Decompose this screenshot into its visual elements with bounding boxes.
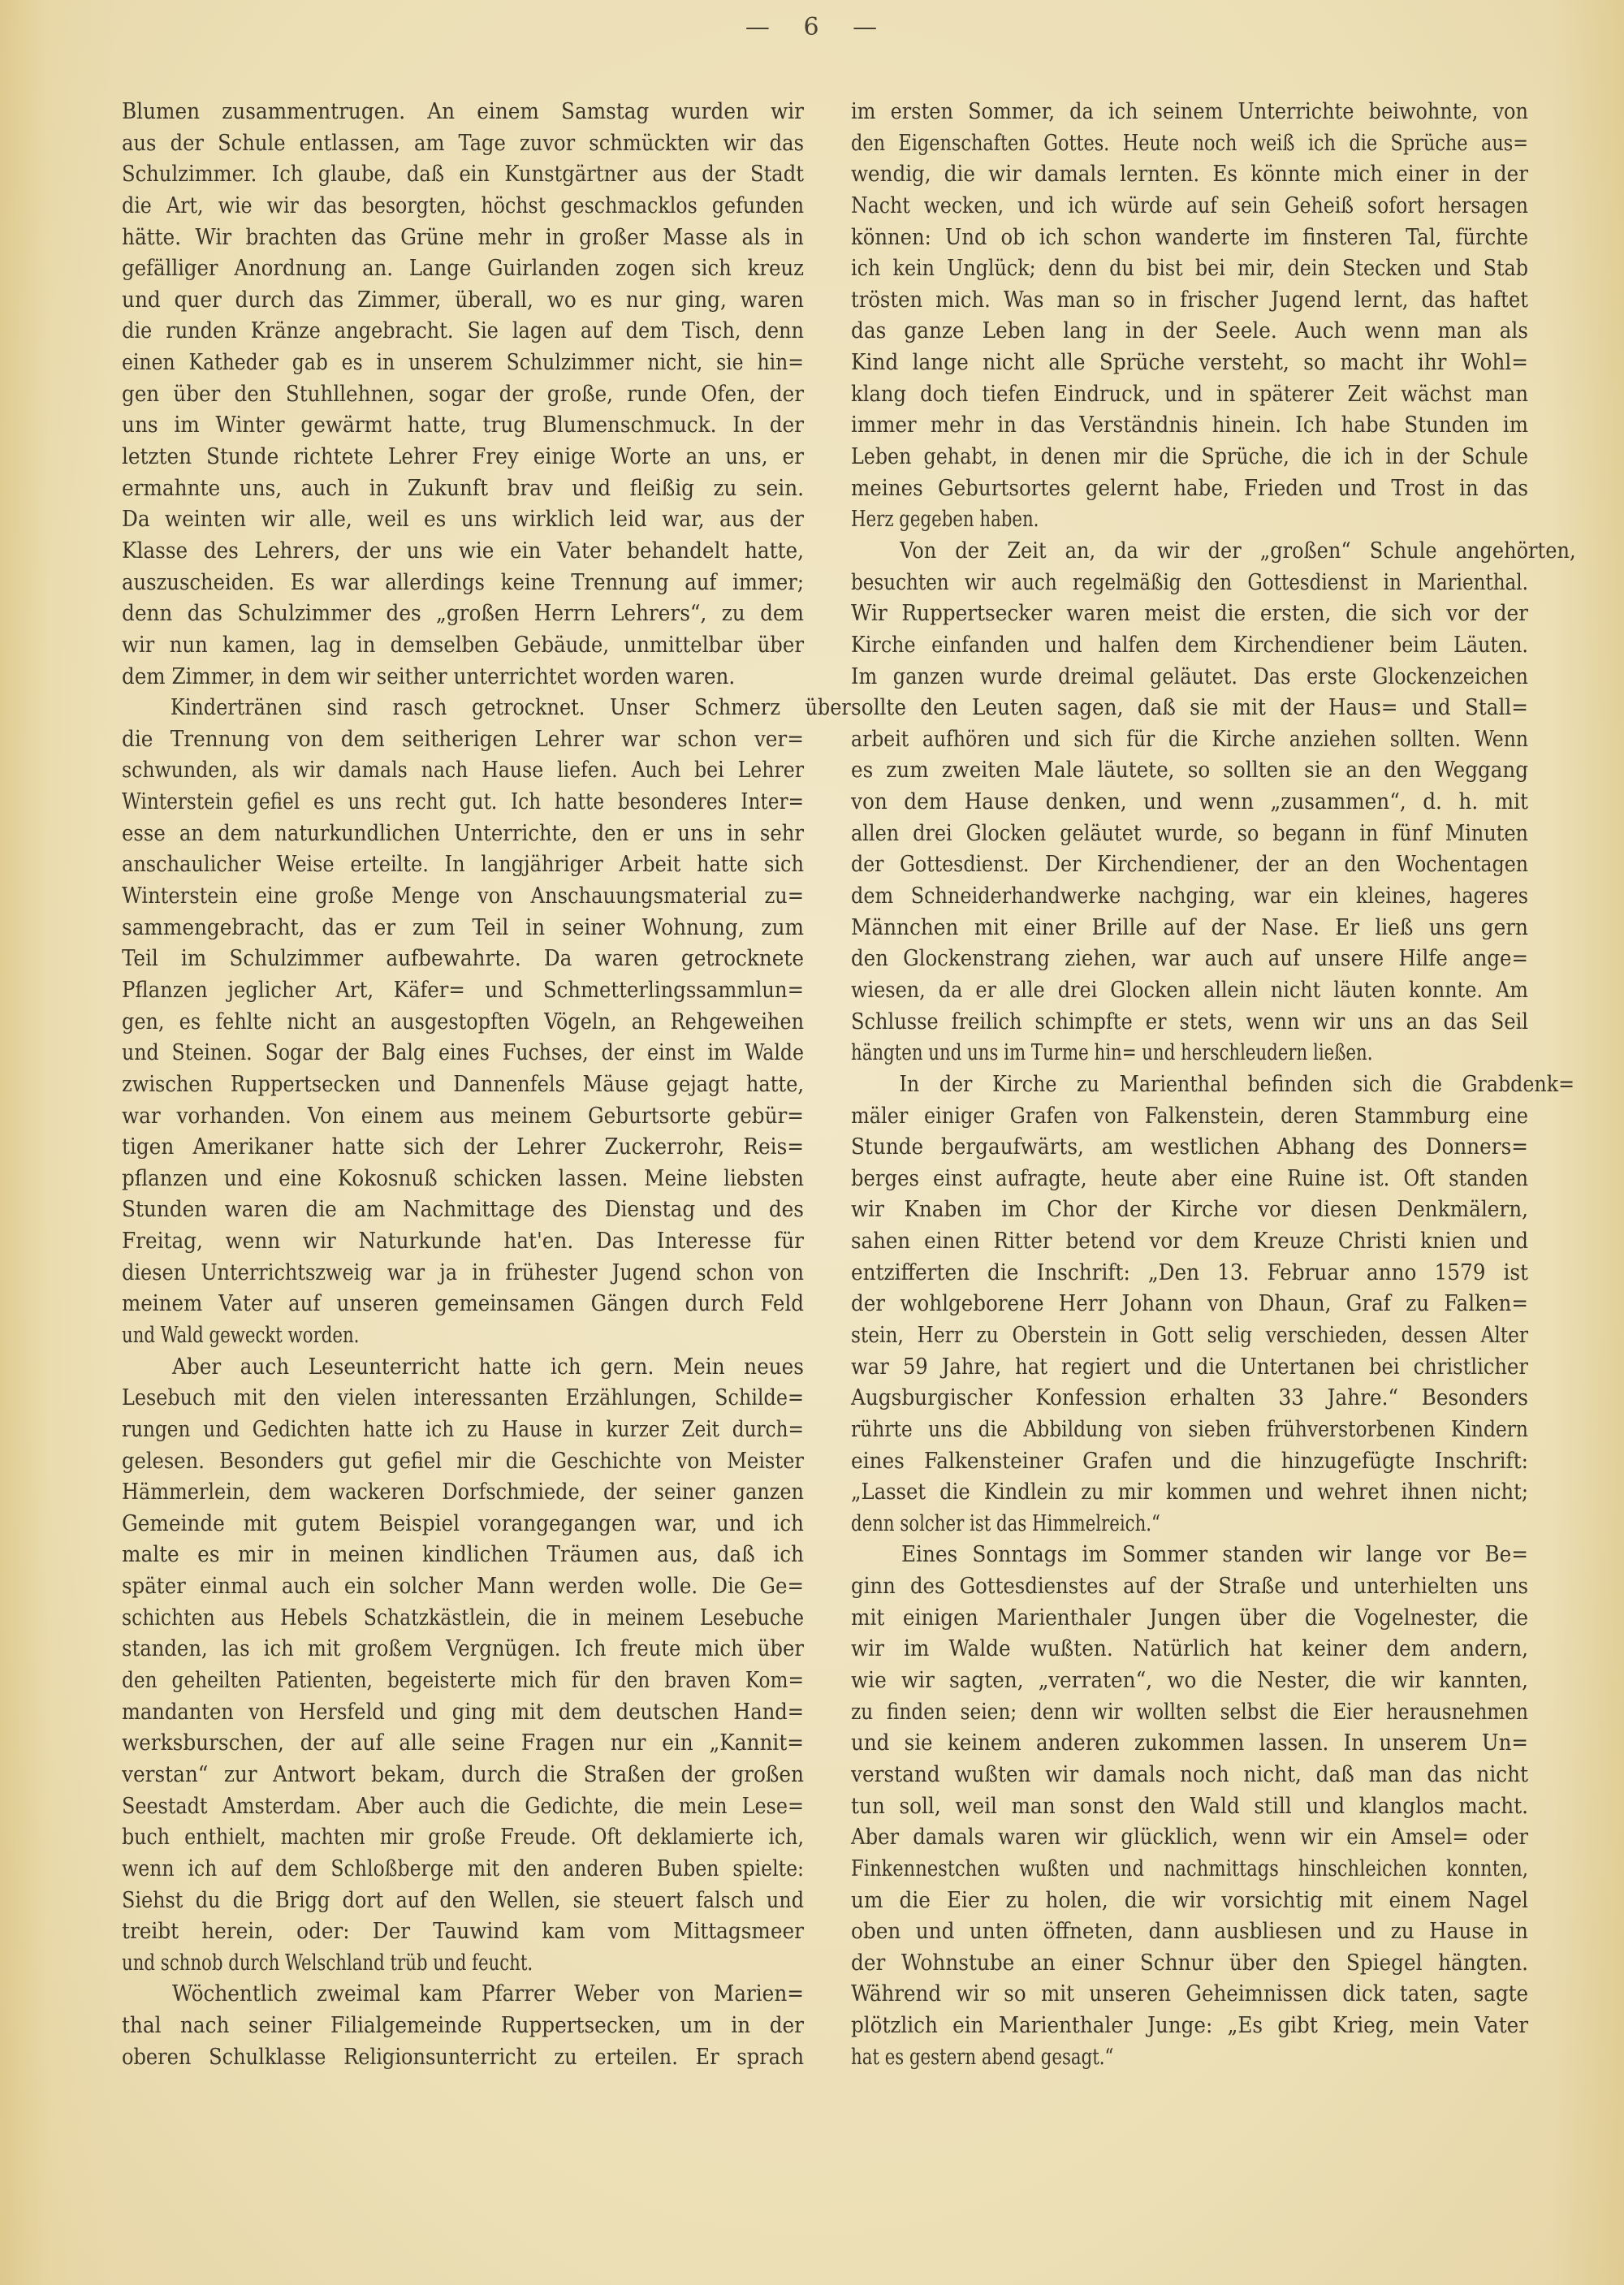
text-line: um die Eier zu holen, die wir vorsichtig… [851, 1885, 1528, 1916]
text-line: wir nun kamen, lag in demselben Gebäude,… [122, 629, 804, 661]
text-line: den Eigenschaften Gottes. Heute noch wei… [851, 127, 1528, 159]
text-line: Stunden waren die am Nachmittage des Die… [122, 1194, 804, 1225]
text-line: Blumen zusammentrugen. An einem Samstag … [122, 96, 804, 127]
text-line: wir Knaben im Chor der Kirche vor diesen… [851, 1194, 1528, 1225]
text-line: wie wir sagten, „verraten“, wo die Neste… [851, 1665, 1528, 1696]
text-line: anschaulicher Weise erteilte. In langjäh… [122, 849, 804, 880]
text-line: gelesen. Besonders gut gefiel mir die Ge… [122, 1445, 804, 1477]
text-line: gen über den Stuhllehnen, sogar der groß… [122, 378, 804, 410]
book-page: — 6 — Blumen zusammentrugen. An einem Sa… [0, 0, 1624, 2285]
left-text-column: Blumen zusammentrugen. An einem Samstag … [122, 96, 804, 2072]
text-line: hat es gestern abend gesagt.“ [851, 2041, 1190, 2073]
text-line: standen, las ich mit großem Vergnügen. I… [122, 1633, 804, 1665]
text-line: entzifferten die Inschrift: „Den 13. Feb… [851, 1257, 1528, 1289]
text-line: und quer durch das Zimmer, überall, wo e… [122, 284, 804, 316]
text-line: Teil im Schulzimmer aufbewahrte. Da ware… [122, 943, 804, 974]
text-line: Klasse des Lehrers, der uns wie ein Vate… [122, 535, 804, 567]
text-line: verstand wußten wir damals noch nicht, d… [851, 1759, 1528, 1790]
text-line: wenn ich auf dem Schloßberge mit den and… [122, 1853, 804, 1885]
text-line: die Art, wie wir das besorgten, höchst g… [122, 190, 804, 222]
text-line: „Lasset die Kindlein zu mir kommen und w… [851, 1476, 1528, 1508]
text-line: Hämmerlein, dem wackeren Dorfschmiede, d… [122, 1476, 804, 1508]
text-line: wendig, die wir damals lernten. Es könnt… [851, 158, 1528, 190]
text-line: die Trennung von dem seitherigen Lehrer … [122, 724, 804, 755]
text-line: berges einst aufragte, heute aber eine R… [851, 1163, 1528, 1194]
text-line: mäler einiger Grafen von Falkenstein, de… [851, 1100, 1528, 1132]
text-line: Freitag, wenn wir Naturkunde hat'en. Das… [122, 1225, 804, 1257]
text-line: die runden Kränze angebracht. Sie lagen … [122, 315, 804, 347]
text-line: mandanten von Hersfeld und ging mit dem … [122, 1696, 804, 1728]
text-line: ich kein Unglück; denn du bist bei mir, … [851, 253, 1528, 284]
text-line: es zum zweiten Male läutete, so sollten … [851, 754, 1528, 786]
text-line: Nacht wecken, und ich würde auf sein Geh… [851, 190, 1528, 222]
text-line: schichten aus Hebels Schatzkästlein, die… [122, 1602, 804, 1634]
text-line: eines Falkensteiner Grafen und die hinzu… [851, 1445, 1528, 1477]
text-line: Lesebuch mit den vielen interessanten Er… [122, 1382, 804, 1414]
text-line: einen Katheder gab es in unserem Schulzi… [122, 347, 804, 378]
page-header: — 6 — [0, 13, 1624, 41]
text-line: wir im Walde wußten. Natürlich hat keine… [851, 1633, 1528, 1665]
text-line: Leben gehabt, in denen mir die Sprüche, … [851, 441, 1528, 473]
text-line: später einmal auch ein solcher Mann werd… [122, 1570, 804, 1602]
text-line: Kirche einfanden und halfen dem Kirchend… [851, 629, 1528, 661]
text-line: sollte den Leuten sagen, daß sie mit der… [851, 692, 1528, 724]
text-line: verstan“ zur Antwort bekam, durch die St… [122, 1759, 804, 1790]
text-line: Winterstein eine große Menge von Anschau… [122, 880, 804, 912]
text-line: Schulzimmer. Ich glaube, daß ein Kunstgä… [122, 158, 804, 190]
text-line: meines Geburtsortes gelernt habe, Friede… [851, 473, 1528, 504]
text-line: das ganze Leben lang in der Seele. Auch … [851, 315, 1528, 347]
text-line: von dem Hause denken, und wenn „zusammen… [851, 786, 1528, 818]
text-line: Herz gegeben haben. [851, 503, 1094, 535]
text-line: und schnob durch Welschland trüb und feu… [122, 1947, 654, 1979]
text-line: dem Zimmer, in dem wir seither unterrich… [122, 661, 804, 693]
text-line: plötzlich ein Marienthaler Junge: „Es gi… [851, 2010, 1528, 2041]
text-line: werksburschen, der auf alle seine Fragen… [122, 1727, 804, 1759]
text-line: hätte. Wir brachten das Grüne mehr in gr… [122, 222, 804, 253]
text-line: den geheilten Patienten, begeisterte mic… [122, 1665, 804, 1696]
paragraph-first-line: In der Kirche zu Marienthal befinden sic… [851, 1069, 1574, 1100]
text-line: oben und unten öffneten, dann ausbliesen… [851, 1916, 1528, 1947]
text-line: malte es mir in meinen kindlichen Träume… [122, 1539, 804, 1570]
text-line: Gemeinde mit gutem Beispiel vorangegange… [122, 1508, 804, 1540]
text-line: können: Und ob ich schon wanderte im fin… [851, 222, 1528, 253]
text-line: Winterstein gefiel es uns recht gut. Ich… [122, 786, 804, 818]
text-line: gefälliger Anordnung an. Lange Guirlande… [122, 253, 804, 284]
text-line: dem Schneiderhandwerke nachging, war ein… [851, 880, 1528, 912]
text-line: allen drei Glocken geläutet wurde, so be… [851, 818, 1528, 849]
text-line: diesen Unterrichtszweig war ja in frühes… [122, 1257, 804, 1289]
text-line: Pflanzen jeglicher Art, Käfer= und Schme… [122, 974, 804, 1006]
text-line: immer mehr in das Verständnis hinein. Ic… [851, 409, 1528, 441]
text-line: aus der Schule entlassen, am Tage zuvor … [122, 127, 804, 159]
text-line: pflanzen und eine Kokosnuß schicken lass… [122, 1163, 804, 1194]
text-line: rührte uns die Abbildung von sieben früh… [851, 1414, 1528, 1445]
text-line: denn solcher ist das Himmelreich.“ [851, 1508, 1250, 1540]
text-line: Finkennestchen wußten und nachmittags hi… [851, 1853, 1528, 1885]
text-line: thal nach seiner Filialgemeinde Rupperts… [122, 2010, 804, 2041]
text-line: und Steinen. Sogar der Balg eines Fuchse… [122, 1037, 804, 1069]
paragraph-first-line: Eines Sonntags im Sommer standen wir lan… [851, 1539, 1528, 1570]
text-line: der Wohnstube an einer Schnur über den S… [851, 1947, 1528, 1979]
text-line: gen, es fehlte nicht an ausgestopften Vö… [122, 1006, 804, 1038]
text-line: Während wir so mit unseren Geheimnissen … [851, 1978, 1528, 2010]
text-line: Aber damals waren wir glücklich, wenn wi… [851, 1821, 1528, 1853]
paragraph-first-line: Wöchentlich zweimal kam Pfarrer Weber vo… [122, 1978, 804, 2010]
page-number: 6 [803, 13, 820, 41]
text-line: sammengebracht, das er zum Teil in seine… [122, 912, 804, 944]
paragraph-first-line: Von der Zeit an, da wir der „großen“ Sch… [851, 535, 1576, 567]
text-line: den Glockenstrang ziehen, war auch auf u… [851, 943, 1528, 974]
text-line: hängten und uns im Turme hin= und hersch… [851, 1037, 1525, 1069]
text-line: mit einigen Marienthaler Jungen über die… [851, 1602, 1528, 1634]
paragraph-first-line: Kindertränen sind rasch getrocknet. Unse… [122, 692, 851, 724]
text-line: Schlusse freilich schimpfte er stets, we… [851, 1006, 1528, 1038]
text-line: Augsburgischer Konfession erhalten 33 Ja… [851, 1382, 1528, 1414]
text-line: Stunde bergaufwärts, am westlichen Abhan… [851, 1131, 1528, 1163]
text-line: esse an dem naturkundlichen Unterrichte,… [122, 818, 804, 849]
text-line: sahen einen Ritter betend vor dem Kreuze… [851, 1225, 1528, 1257]
text-line: der wohlgeborene Herr Johann von Dhaun, … [851, 1288, 1528, 1320]
text-line: im ersten Sommer, da ich seinem Unterric… [851, 96, 1528, 127]
text-line: letzten Stunde richtete Lehrer Frey eini… [122, 441, 804, 473]
header-dash-right: — [853, 13, 879, 41]
header-dash-left: — [745, 13, 771, 41]
text-line: wiesen, da er alle drei Glocken allein n… [851, 974, 1528, 1006]
text-line: buch enthielt, machten mir große Freude.… [122, 1821, 804, 1853]
text-line: Kind lange nicht alle Sprüche versteht, … [851, 347, 1528, 378]
text-line: meinem Vater auf unseren gemeinsamen Gän… [122, 1288, 804, 1320]
text-line: schwunden, als wir damals nach Hause lie… [122, 754, 804, 786]
text-line: Da weinten wir alle, weil es uns wirklic… [122, 503, 804, 535]
text-line: ginn des Gottesdienstes auf der Straße u… [851, 1570, 1528, 1602]
text-line: Männchen mit einer Brille auf der Nase. … [851, 912, 1528, 944]
text-line: klang doch tiefen Eindruck, und in späte… [851, 378, 1528, 410]
text-line: war vorhanden. Von einem aus meinem Gebu… [122, 1100, 804, 1132]
text-line: auszuscheiden. Es war allerdings keine T… [122, 567, 804, 598]
text-line: zwischen Ruppertsecken und Dannenfels Mä… [122, 1069, 804, 1100]
text-line: ermahnte uns, auch in Zukunft brav und f… [122, 473, 804, 504]
text-line: Wir Ruppertsecker waren meist die ersten… [851, 598, 1528, 629]
text-line: treibt herein, oder: Der Tauwind kam vom… [122, 1916, 804, 1947]
text-line: stein, Herr zu Oberstein in Gott selig v… [851, 1320, 1528, 1351]
text-line: und Wald geweckt worden. [122, 1320, 429, 1351]
paragraph-first-line: Aber auch Leseunterricht hatte ich gern.… [122, 1351, 804, 1383]
text-line: oberen Schulklasse Religionsunterricht z… [122, 2041, 804, 2073]
text-line: besuchten wir auch regelmäßig den Gottes… [851, 567, 1528, 598]
text-line: war 59 Jahre, hat regiert und die Untert… [851, 1351, 1528, 1383]
text-line: uns im Winter gewärmt hatte, trug Blumen… [122, 409, 804, 441]
text-line: tun soll, weil man sonst den Wald still … [851, 1790, 1528, 1822]
text-line: Im ganzen wurde dreimal geläutet. Das er… [851, 661, 1528, 693]
text-line: tigen Amerikaner hatte sich der Lehrer Z… [122, 1131, 804, 1163]
right-text-column: im ersten Sommer, da ich seinem Unterric… [851, 96, 1528, 2072]
text-line: und sie keinem anderen zukommen lassen. … [851, 1727, 1528, 1759]
text-line: Siehst du die Brigg dort auf den Wellen,… [122, 1885, 804, 1916]
text-line: zu finden seien; denn wir wollten selbst… [851, 1696, 1528, 1728]
text-line: Seestadt Amsterdam. Aber auch die Gedich… [122, 1790, 804, 1822]
text-line: trösten mich. Was man so in frischer Jug… [851, 284, 1528, 316]
text-line: der Gottesdienst. Der Kirchendiener, der… [851, 849, 1528, 880]
text-line: arbeit aufhören und sich für die Kirche … [851, 724, 1528, 755]
text-line: rungen und Gedichten hatte ich zu Hause … [122, 1414, 804, 1445]
text-line: denn das Schulzimmer des „großen Herrn L… [122, 598, 804, 629]
